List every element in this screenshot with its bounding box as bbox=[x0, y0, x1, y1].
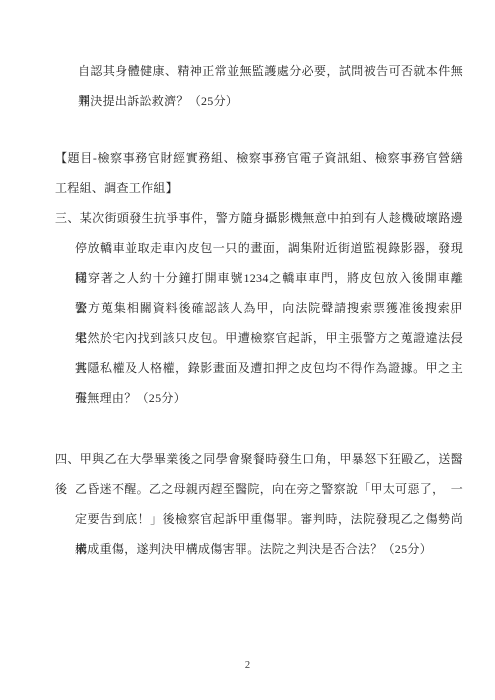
text-line: 定要告到底！」後檢察官起訴甲重傷罪。審判時，法院發現乙之傷勢尚未 bbox=[75, 504, 463, 534]
question-four: 四、甲與乙在大學畢業後之同學會聚餐時發生口角，甲暴怒下狂毆乙，送醫後 乙昏迷不醒… bbox=[55, 444, 463, 564]
question-three: 三、某次街頭發生抗爭事件，警方隨身攝影機無意中拍到有人趁機破壞路邊 停放轎車並取… bbox=[55, 203, 463, 413]
text-line: 乙昏迷不醒。乙之母親丙趕至醫院，向在旁之警察說「甲太可惡了， 一 bbox=[75, 474, 463, 504]
text-line: 有無理由？（25分） bbox=[75, 383, 463, 413]
text-line: 停放轎車並取走車內皮包一只的畫面，調集附近街道監視錄影器，發現同 bbox=[75, 233, 463, 263]
exam-group-header: 【題目-檢察事務官財經實務組、檢察事務官電子資訊組、檢察事務官營繕 工程組、調查… bbox=[55, 143, 463, 203]
text-line: 工程組、調查工作組】 bbox=[55, 173, 463, 203]
question-first-line: 四、甲與乙在大學畢業後之同學會聚餐時發生口角，甲暴怒下狂毆乙，送醫後 bbox=[55, 444, 463, 474]
text-line: 警方蒐集相關資料後確認該人為甲，向法院聲請搜索票獲准後搜索甲宅， bbox=[75, 293, 463, 323]
text-line: 構成重傷，遂判決甲構成傷害罪。法院之判決是否合法？（25分） bbox=[75, 534, 463, 564]
question-first-line: 三、某次街頭發生抗爭事件，警方隨身攝影機無意中拍到有人趁機破壞路邊 bbox=[55, 203, 463, 233]
page-number: 2 bbox=[0, 660, 495, 671]
text-line: 判決提出訴訟救濟？（25分） bbox=[78, 86, 463, 116]
text-line: 自認其身體健康、精神正常並無監護處分必要，試問被告可否就本件無罪 bbox=[78, 56, 463, 86]
question-number: 四、 bbox=[55, 452, 80, 466]
text-line: 果然於宅內找到該只皮包。甲遭檢察官起訴，甲主張警方之蒐證違法侵害 bbox=[75, 323, 463, 353]
intro-continuation-paragraph: 自認其身體健康、精神正常並無監護處分必要，試問被告可否就本件無罪 判決提出訴訟救… bbox=[55, 56, 463, 116]
text-line: 【題目-檢察事務官財經實務組、檢察事務官電子資訊組、檢察事務官營繕 bbox=[55, 143, 463, 173]
question-text: 某次街頭發生抗爭事件，警方隨身攝影機無意中拍到有人趁機破壞路邊 bbox=[80, 211, 463, 225]
exam-document-page: 自認其身體健康、精神正常並無監護處分必要，試問被告可否就本件無罪 判決提出訴訟救… bbox=[0, 0, 495, 700]
text-line: 其隱私權及人格權，錄影畫面及遭扣押之皮包均不得作為證據。甲之主張 bbox=[75, 353, 463, 383]
text-line: 樣穿著之人約十分鐘打開車號1234之轎車車門，將皮包放入後開車離去。 bbox=[75, 263, 463, 293]
question-number: 三、 bbox=[55, 211, 80, 225]
